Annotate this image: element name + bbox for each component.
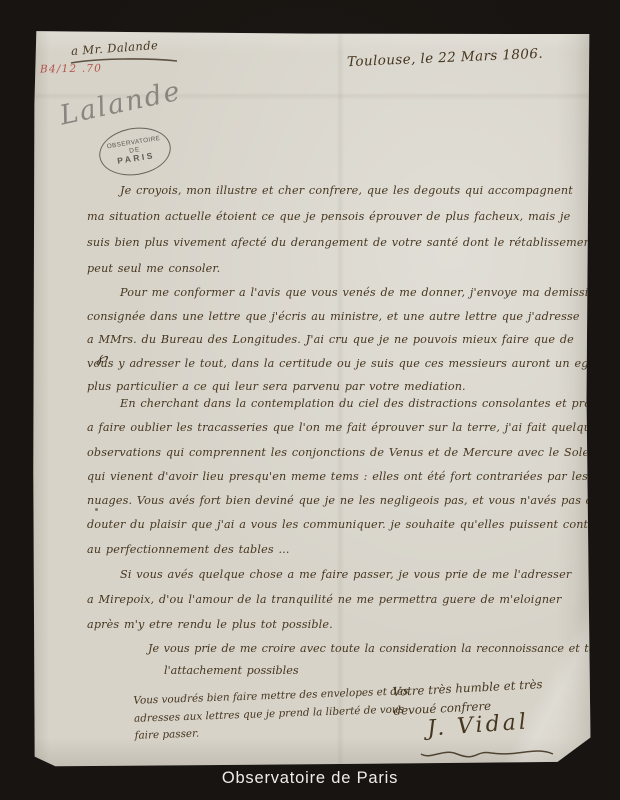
pencil-name-lalande: Lalande [57, 76, 184, 132]
letter-line: ma situation actuelle étoient ce que je … [87, 210, 571, 236]
letter-line: après m'y etre rendu le plus tot possibl… [87, 618, 571, 643]
dateline: Toulouse, le 22 Mars 1806. [347, 46, 544, 71]
letter-line: consignée dans une lettre que j'écris au… [87, 310, 571, 334]
letter-line: a MMrs. du Bureau des Longitudes. J'ai c… [87, 333, 571, 357]
letter-line: Je croyois, mon illustre et cher confrer… [87, 184, 571, 210]
letter-line: douter du plaisir que j'ai a vous les co… [87, 518, 571, 542]
caption-observatoire-de-paris: Observatoire de Paris [0, 769, 620, 788]
signature-flourish-stroke [417, 742, 557, 764]
letter-line: vous y adresser le tout, dans la certitu… [87, 357, 571, 381]
letter-line: a faire oublier les tracasseries que l'o… [87, 421, 571, 445]
observatoire-de-paris-stamp: OBSERVATOIRE DE PARIS [96, 123, 174, 181]
letter-line: a Mirepoix, d'ou l'amour de la tranquili… [87, 593, 571, 618]
scan-mount: a Mr. Dalande B4/12 .70 Lalande OBSERVAT… [0, 0, 620, 800]
letter-line: peut seul me consoler. [87, 262, 571, 288]
valediction-line-2: l'attachement possibles [164, 664, 299, 677]
letter-line: En cherchant dans la contemplation du ci… [87, 397, 571, 421]
letter-line: Si vous avés quelque chose a me faire pa… [87, 568, 571, 593]
letter-line: au perfectionnement des tables ... [87, 543, 571, 567]
postscript-block: Vous voudrés bien faire mettre des envel… [133, 683, 410, 745]
letter-line: Pour me conformer a l'avis que vous vené… [87, 286, 571, 310]
letter-line: qui vienent d'avoir lieu presqu'en meme … [87, 470, 571, 494]
letter-line: nuages. Vous avés fort bien deviné que j… [87, 494, 571, 518]
paragraph-3: En cherchant dans la contemplation du ci… [87, 397, 571, 567]
letter-line: observations qui comprennent les conjonc… [87, 446, 571, 470]
paragraph-2: Pour me conformer a l'avis que vous vené… [87, 286, 571, 404]
shelfmark-label: B4/12 .70 [40, 62, 102, 75]
valediction-line-1: Je vous prie de me croire avec toute la … [148, 642, 607, 655]
paragraph-1: Je croyois, mon illustre et cher confrer… [87, 184, 571, 288]
stamp-line-3: PARIS [117, 151, 156, 167]
paragraph-4: Si vous avés quelque chose a me faire pa… [87, 568, 571, 643]
letter-page: a Mr. Dalande B4/12 .70 Lalande OBSERVAT… [33, 30, 591, 767]
letter-line: suis bien plus vivement afecté du derang… [87, 236, 571, 262]
